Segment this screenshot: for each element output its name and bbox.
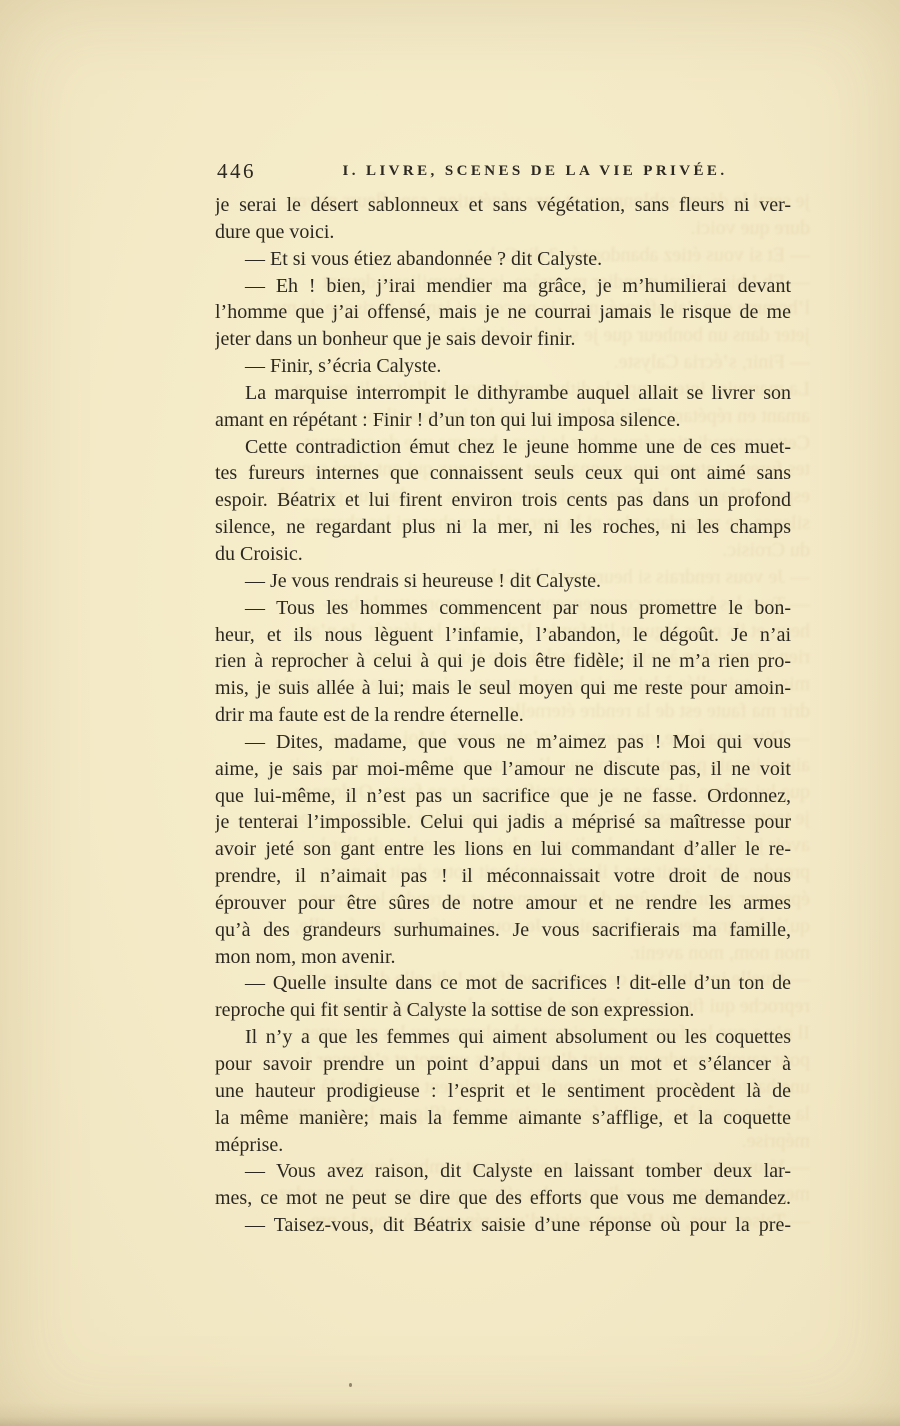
text-line: dure que voici. — [215, 219, 791, 246]
text-line: Il n’y a que les femmes qui aiment absol… — [215, 1024, 791, 1051]
text-line: drir ma faute est de la rendre éternelle… — [215, 702, 791, 729]
text-line: — Eh ! bien, j’irai mendier ma grâce, je… — [215, 273, 791, 300]
text-line: heur, et ils nous lèguent l’infamie, l’a… — [215, 622, 791, 649]
text-line: qu’à des grandeurs surhumaines. Je vous … — [215, 917, 791, 944]
text-line: — Et si vous étiez abandonnée ? dit Caly… — [215, 246, 791, 273]
page-bottom-edge-shadow — [0, 1402, 900, 1426]
running-header: 446 I. LIVRE, SCENES DE LA VIE PRIVÉE. — [215, 158, 791, 186]
text-line: je tenterai l’impossible. Celui qui jadi… — [215, 809, 791, 836]
text-line: je serai le désert sablonneux et sans vé… — [215, 192, 791, 219]
text-line: du Croisic. — [215, 541, 791, 568]
text-line: aime, je sais par moi-même que l’amour n… — [215, 756, 791, 783]
scan-speck — [349, 1383, 352, 1387]
text-line: pour savoir prendre un point d’appui dan… — [215, 1051, 791, 1078]
text-line: que lui-même, il n’est pas un sacrifice … — [215, 783, 791, 810]
text-line: mon nom, mon avenir. — [215, 944, 791, 971]
book-page-scan: je serai le désert sablonneux et sans vé… — [0, 0, 900, 1426]
text-line: la même manière; mais la femme aimante s… — [215, 1105, 791, 1132]
text-line: l’homme que j’ai offensé, mais je ne cou… — [215, 299, 791, 326]
text-line: silence, ne regardant plus ni la mer, ni… — [215, 514, 791, 541]
text-line: prendre, il n’aimait pas ! il méconnaiss… — [215, 863, 791, 890]
text-line: reproche qui fit sentir à Calyste la sot… — [215, 997, 791, 1024]
text-line: — Je vous rendrais si heureuse ! dit Cal… — [215, 568, 791, 595]
text-line: mes, ce mot ne peut se dire que des effo… — [215, 1185, 791, 1212]
text-line: méprise. — [215, 1132, 791, 1159]
text-line: mis, je suis allée à lui; mais le seul m… — [215, 675, 791, 702]
text-line: — Vous avez raison, dit Calyste en laiss… — [215, 1158, 791, 1185]
text-line: éprouver pour être sûres de notre amour … — [215, 890, 791, 917]
text-line: — Finir, s’écria Calyste. — [215, 353, 791, 380]
text-line: une hauteur prodigieuse : l’esprit et le… — [215, 1078, 791, 1105]
text-line: — Dites, madame, que vous ne m’aimez pas… — [215, 729, 791, 756]
text-line: espoir. Béatrix et lui firent environ tr… — [215, 487, 791, 514]
text-line: — Quelle insulte dans ce mot de sacrific… — [215, 970, 791, 997]
text-line: Cette contradiction émut chez le jeune h… — [215, 434, 791, 461]
text-line: La marquise interrompit le dithyrambe au… — [215, 380, 791, 407]
text-line: jeter dans un bonheur que je sais devoir… — [215, 326, 791, 353]
text-line: tes fureurs internes que connaissent seu… — [215, 460, 791, 487]
text-line: — Taisez-vous, dit Béatrix saisie d’une … — [215, 1212, 791, 1239]
text-line: rien à reprocher à celui à qui je dois ê… — [215, 648, 791, 675]
text-block: je serai le désert sablonneux et sans vé… — [215, 192, 791, 1239]
running-title: I. LIVRE, SCENES DE LA VIE PRIVÉE. — [247, 163, 823, 180]
text-line: — Tous les hommes commencent par nous pr… — [215, 595, 791, 622]
text-line: avoir jeté son gant entre les lions en l… — [215, 836, 791, 863]
text-line: amant en répétant : Finir ! d’un ton qui… — [215, 407, 791, 434]
